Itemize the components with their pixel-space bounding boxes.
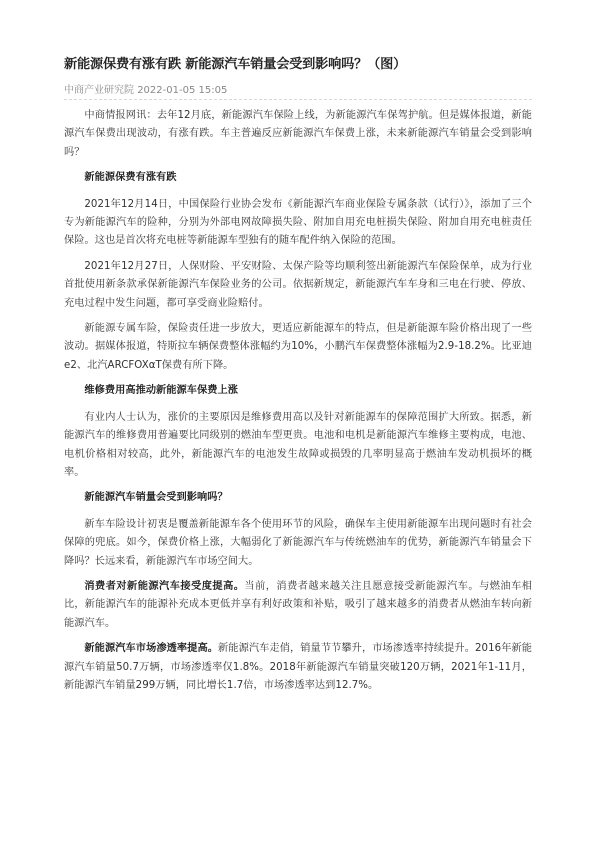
article-body: 中商情报网讯：去年12月底，新能源汽车保险上线，为新能源汽车保驾护航。但是媒体报… [64,107,532,702]
paragraph-lead: 消费者对新能源汽车接受度提高。 [84,581,244,592]
article-meta: 中商产业研究院 2022-01-05 15:05 [64,81,227,96]
article-source[interactable]: 中商产业研究院 [64,85,134,96]
section-heading: 新能源汽车销量会受到影响吗？ [64,489,532,507]
paragraph: 2021年12月14日，中国保险行业协会发布《新能源汽车商业保险专属条款（试行）… [64,196,532,251]
paragraph: 中商情报网讯：去年12月底，新能源汽车保险上线，为新能源汽车保驾护航。但是媒体报… [64,107,532,162]
paragraph: 新车车险设计初衷是覆盖新能源车各个使用环节的风险，确保车主使用新能源车出现问题时… [64,516,532,571]
paragraph: 有业内人士认为，涨价的主要原因是维修费用高以及针对新能源车的保障范围扩大所致。据… [64,409,532,483]
paragraph: 消费者对新能源汽车接受度提高。当前，消费者越来越关注且愿意接受新能源汽车。与燃油… [64,578,532,633]
section-heading: 新能源保费有涨有跌 [64,169,532,187]
article-datetime: 2022-01-05 15:05 [137,85,227,96]
article-title: 新能源保费有涨有跌 新能源汽车销量会受到影响吗？（图） [64,53,406,72]
section-heading: 维修费用高推动新能源车保费上涨 [64,382,532,400]
paragraph: 新能源专属车险，保险责任进一步放大，更适应新能源车的特点，但是新能源车险价格出现… [64,320,532,375]
paragraph: 新能源汽车市场渗透率提高。新能源汽车走俏，销量节节攀升，市场渗透率持续提升。20… [64,640,532,695]
paragraph: 2021年12月27日，人保财险、平安财险、太保产险等均顺利签出新能源汽车保险保… [64,258,532,313]
paragraph-lead: 新能源汽车市场渗透率提高。 [84,643,218,654]
divider [64,99,532,100]
